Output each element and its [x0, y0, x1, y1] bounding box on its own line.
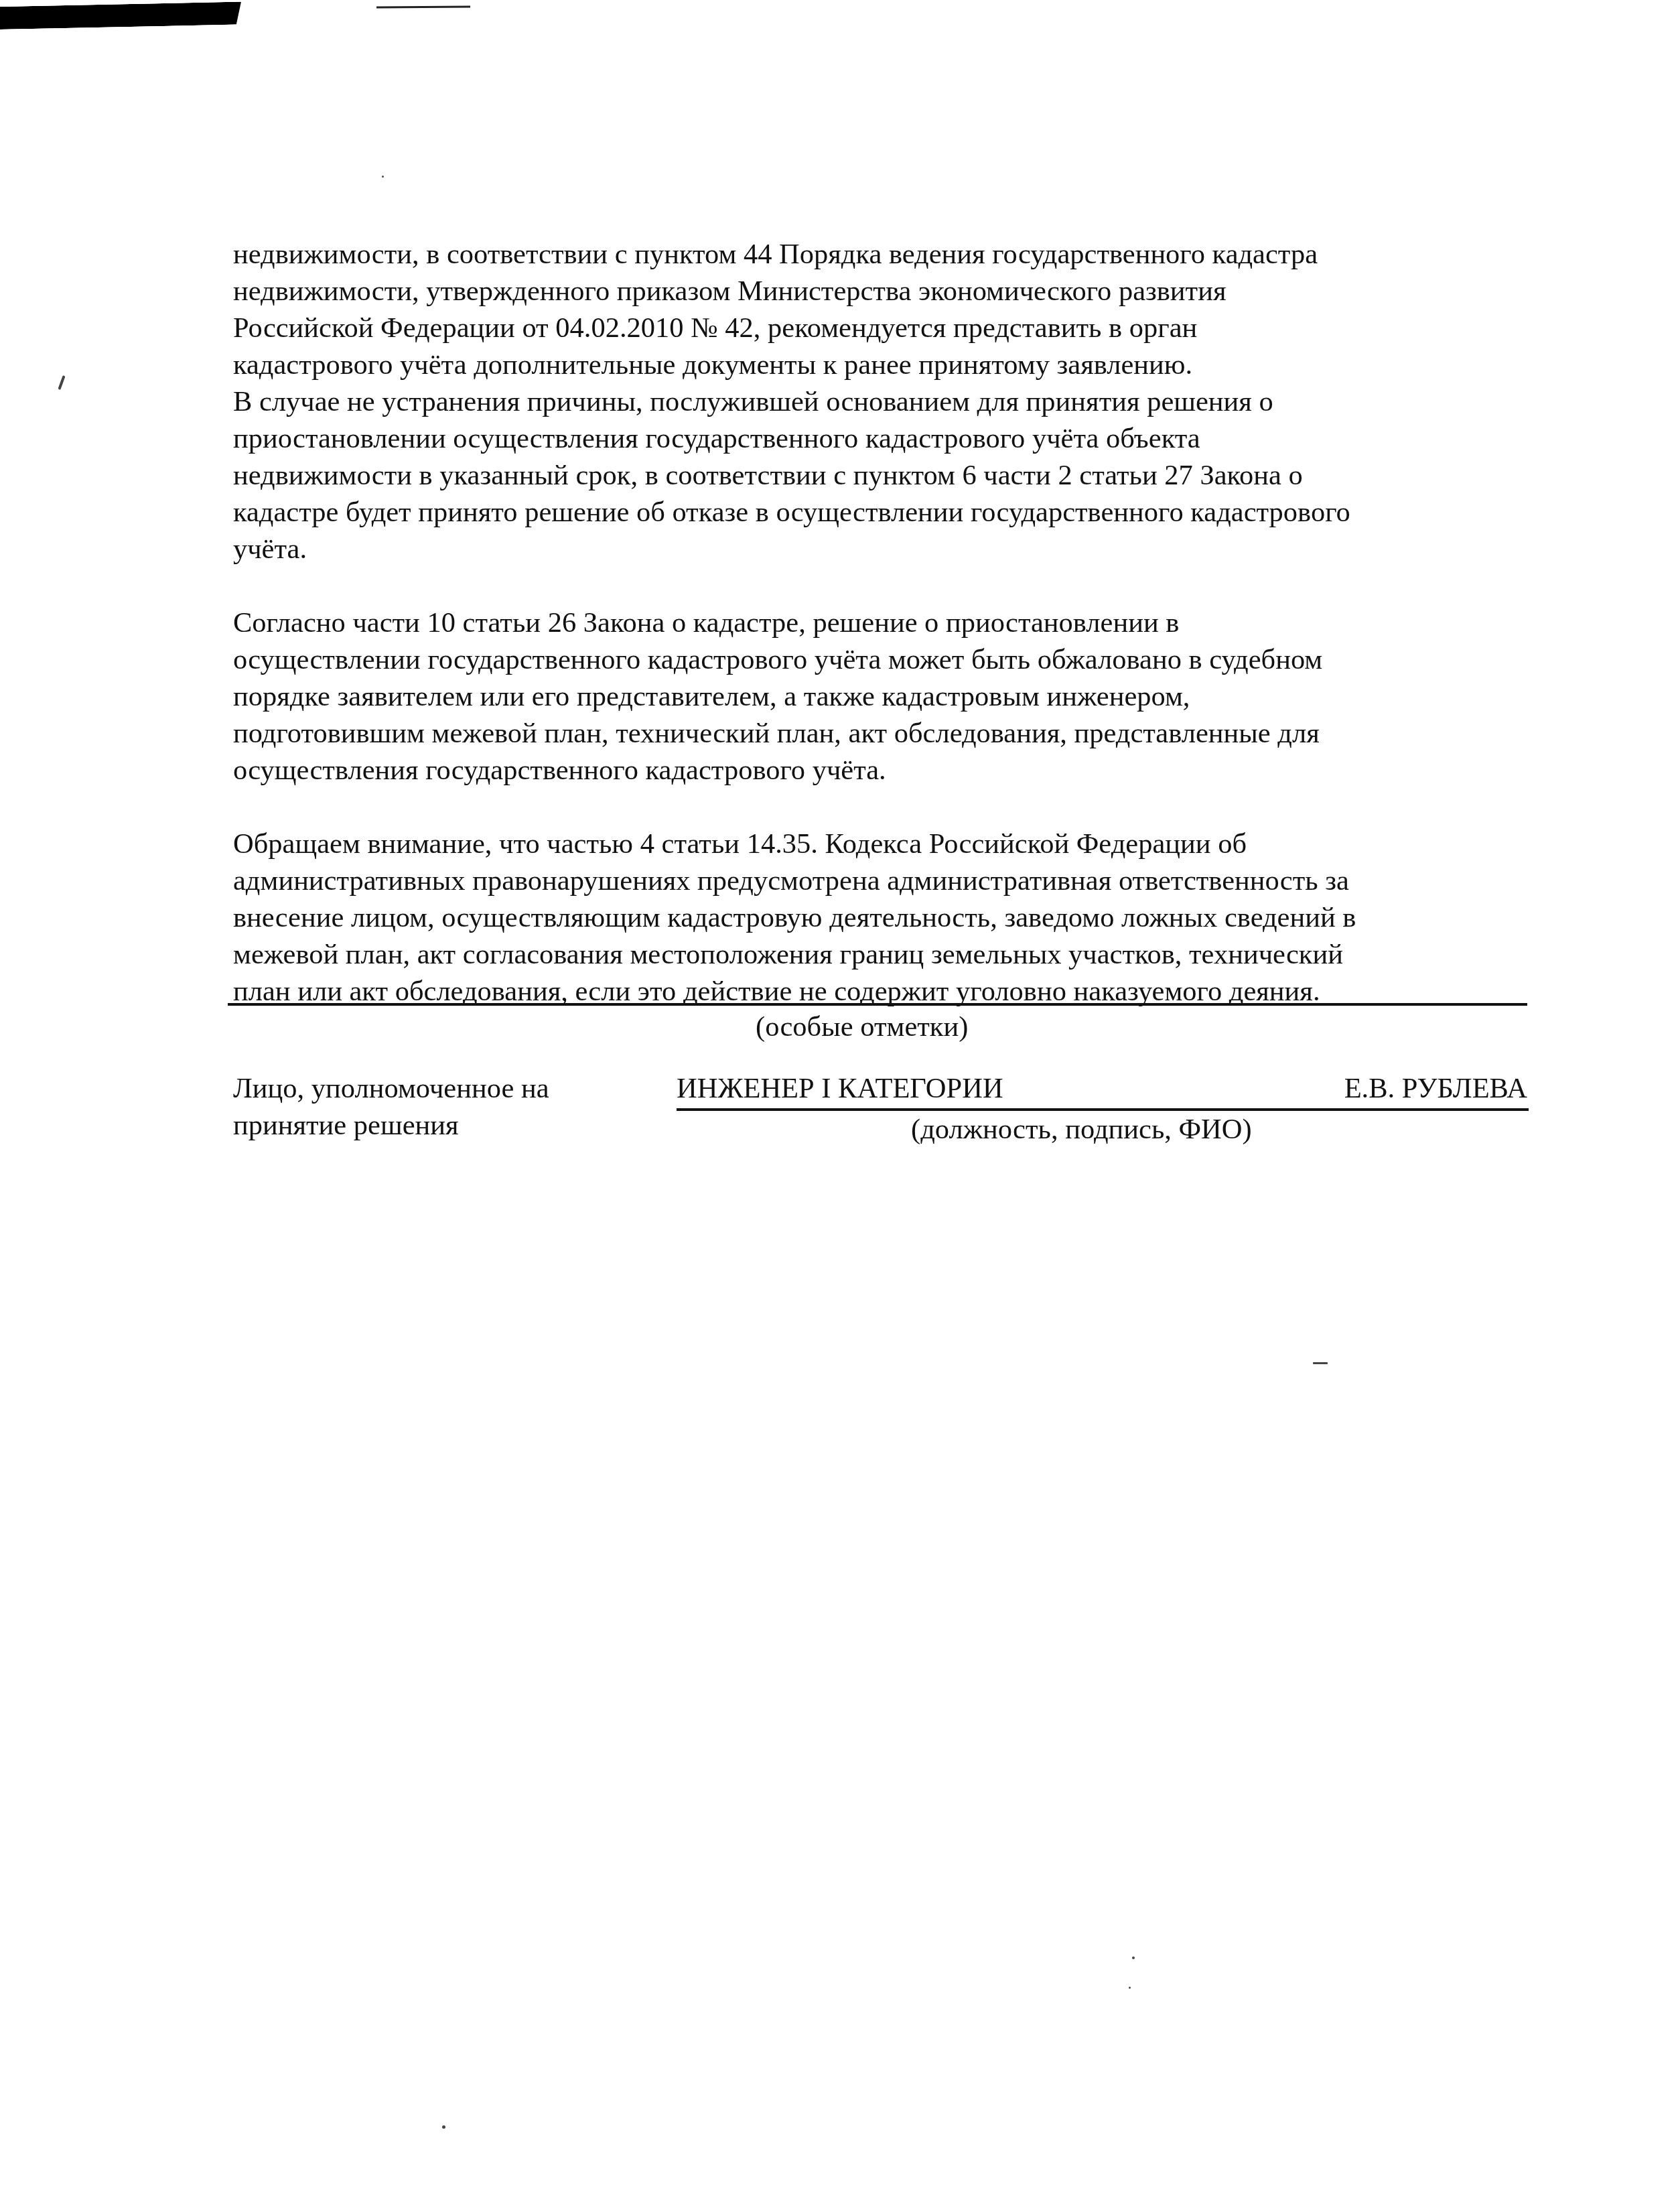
text-line: кадастрового учёта дополнительные докуме… — [233, 346, 1519, 383]
signatory-name: Е.В. РУБЛЕВА — [1344, 1070, 1527, 1107]
scan-speck — [1132, 1956, 1135, 1959]
scan-speck — [58, 375, 65, 390]
text-line: осуществления государственного кадастров… — [233, 752, 1519, 789]
text-line: подготовившим межевой план, технический … — [233, 715, 1519, 752]
text-line: недвижимости, утвержденного приказом Мин… — [233, 273, 1519, 310]
paragraph-recommendation: недвижимости, в соответствии с пунктом 4… — [233, 236, 1519, 568]
scan-speck — [1313, 1362, 1328, 1364]
text-line: Обращаем внимание, что частью 4 статьи 1… — [233, 825, 1519, 862]
signatory-position: ИНЖЕНЕР I КАТЕГОРИИ — [677, 1070, 1003, 1107]
text-line: Согласно части 10 статьи 26 Закона о кад… — [233, 604, 1519, 641]
special-marks-rule — [228, 1003, 1527, 1006]
text-line: учёта. — [233, 531, 1519, 568]
text-line: приостановлении осуществления государств… — [233, 420, 1519, 457]
text-line: недвижимости, в соответствии с пунктом 4… — [233, 236, 1519, 273]
signatory-label-line: Лицо, уполномоченное на — [233, 1070, 549, 1107]
text-line: Российской Федерации от 04.02.2010 № 42,… — [233, 310, 1519, 346]
text-line: порядке заявителем или его представителе… — [233, 678, 1519, 715]
scan-speck — [1129, 1987, 1131, 1989]
text-line: внесение лицом, осуществляющим кадастров… — [233, 899, 1519, 936]
signatory-label: Лицо, уполномоченное на принятие решения — [233, 1070, 549, 1144]
scan-speck — [382, 176, 384, 178]
special-marks-caption: (особые отметки) — [756, 1008, 968, 1045]
text-line: недвижимости в указанный срок, в соответ… — [233, 457, 1519, 494]
signatory-label-line: принятие решения — [233, 1107, 549, 1144]
signature-caption: (должность, подпись, ФИО) — [911, 1111, 1252, 1148]
paragraph-appeal: Согласно части 10 статьи 26 Закона о кад… — [233, 604, 1519, 789]
paragraph-liability-notice: Обращаем внимание, что частью 4 статьи 1… — [233, 825, 1519, 1010]
text-line: административных правонарушениях предусм… — [233, 862, 1519, 899]
document-body: недвижимости, в соответствии с пунктом 4… — [233, 236, 1519, 1010]
scan-artifact-line — [376, 6, 470, 9]
text-line: В случае не устранения причины, послужив… — [233, 383, 1519, 420]
scan-speck — [442, 2125, 445, 2129]
text-line: межевой план, акт согласования местополо… — [233, 936, 1519, 973]
text-line: осуществлении государственного кадастров… — [233, 641, 1519, 678]
text-line: кадастре будет принято решение об отказе… — [233, 494, 1519, 531]
scan-artifact-bar — [0, 1, 241, 29]
